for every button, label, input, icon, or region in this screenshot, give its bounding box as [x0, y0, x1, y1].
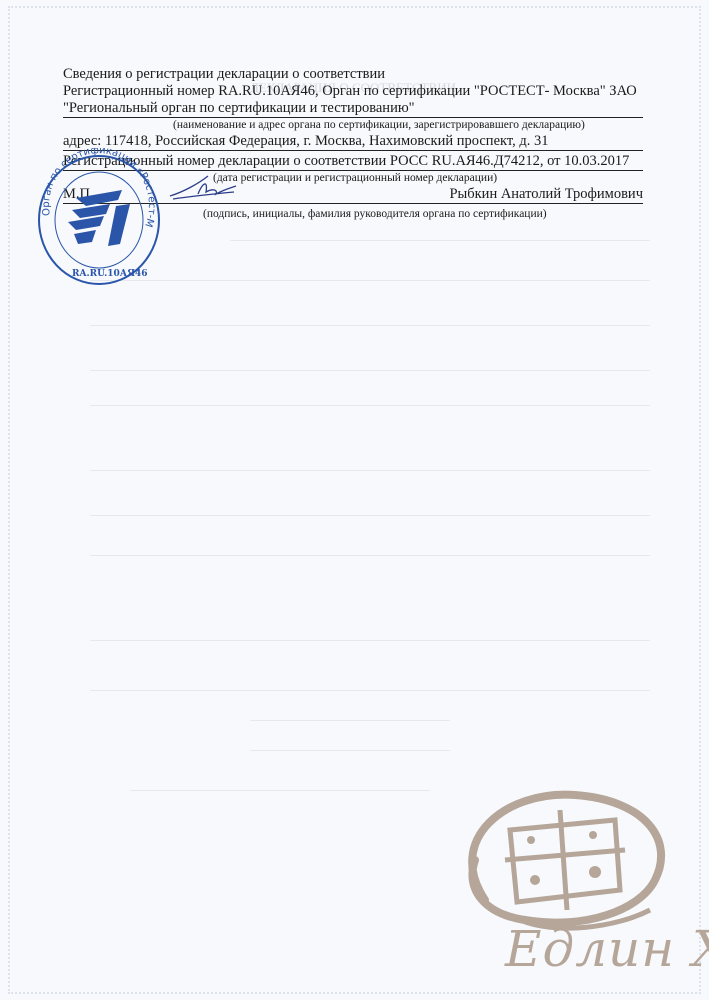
- certification-stamp-icon: Орган по сертификации «Ростест-Москва» R…: [34, 148, 164, 288]
- brand-name: Едлин Хлеб: [505, 920, 709, 978]
- svg-text:RA.RU.10АЯ46: RA.RU.10АЯ46: [72, 269, 148, 279]
- signer-name: Рыбкин Анатолий Трофимович: [449, 186, 643, 203]
- signature-icon: [168, 172, 238, 202]
- registration-authority-name: "Региональный орган по сертификации и те…: [63, 100, 643, 118]
- caption-authority: (наименование и адрес органа по сертифик…: [63, 118, 643, 133]
- registration-heading: Сведения о регистрации декларации о соот…: [63, 66, 643, 83]
- svg-text:Орган по сертификации «Ростест: Орган по сертификации «Ростест-Москва»: [34, 148, 157, 228]
- registration-authority-line: Регистрационный номер RA.RU.10АЯ46, Орга…: [63, 83, 643, 100]
